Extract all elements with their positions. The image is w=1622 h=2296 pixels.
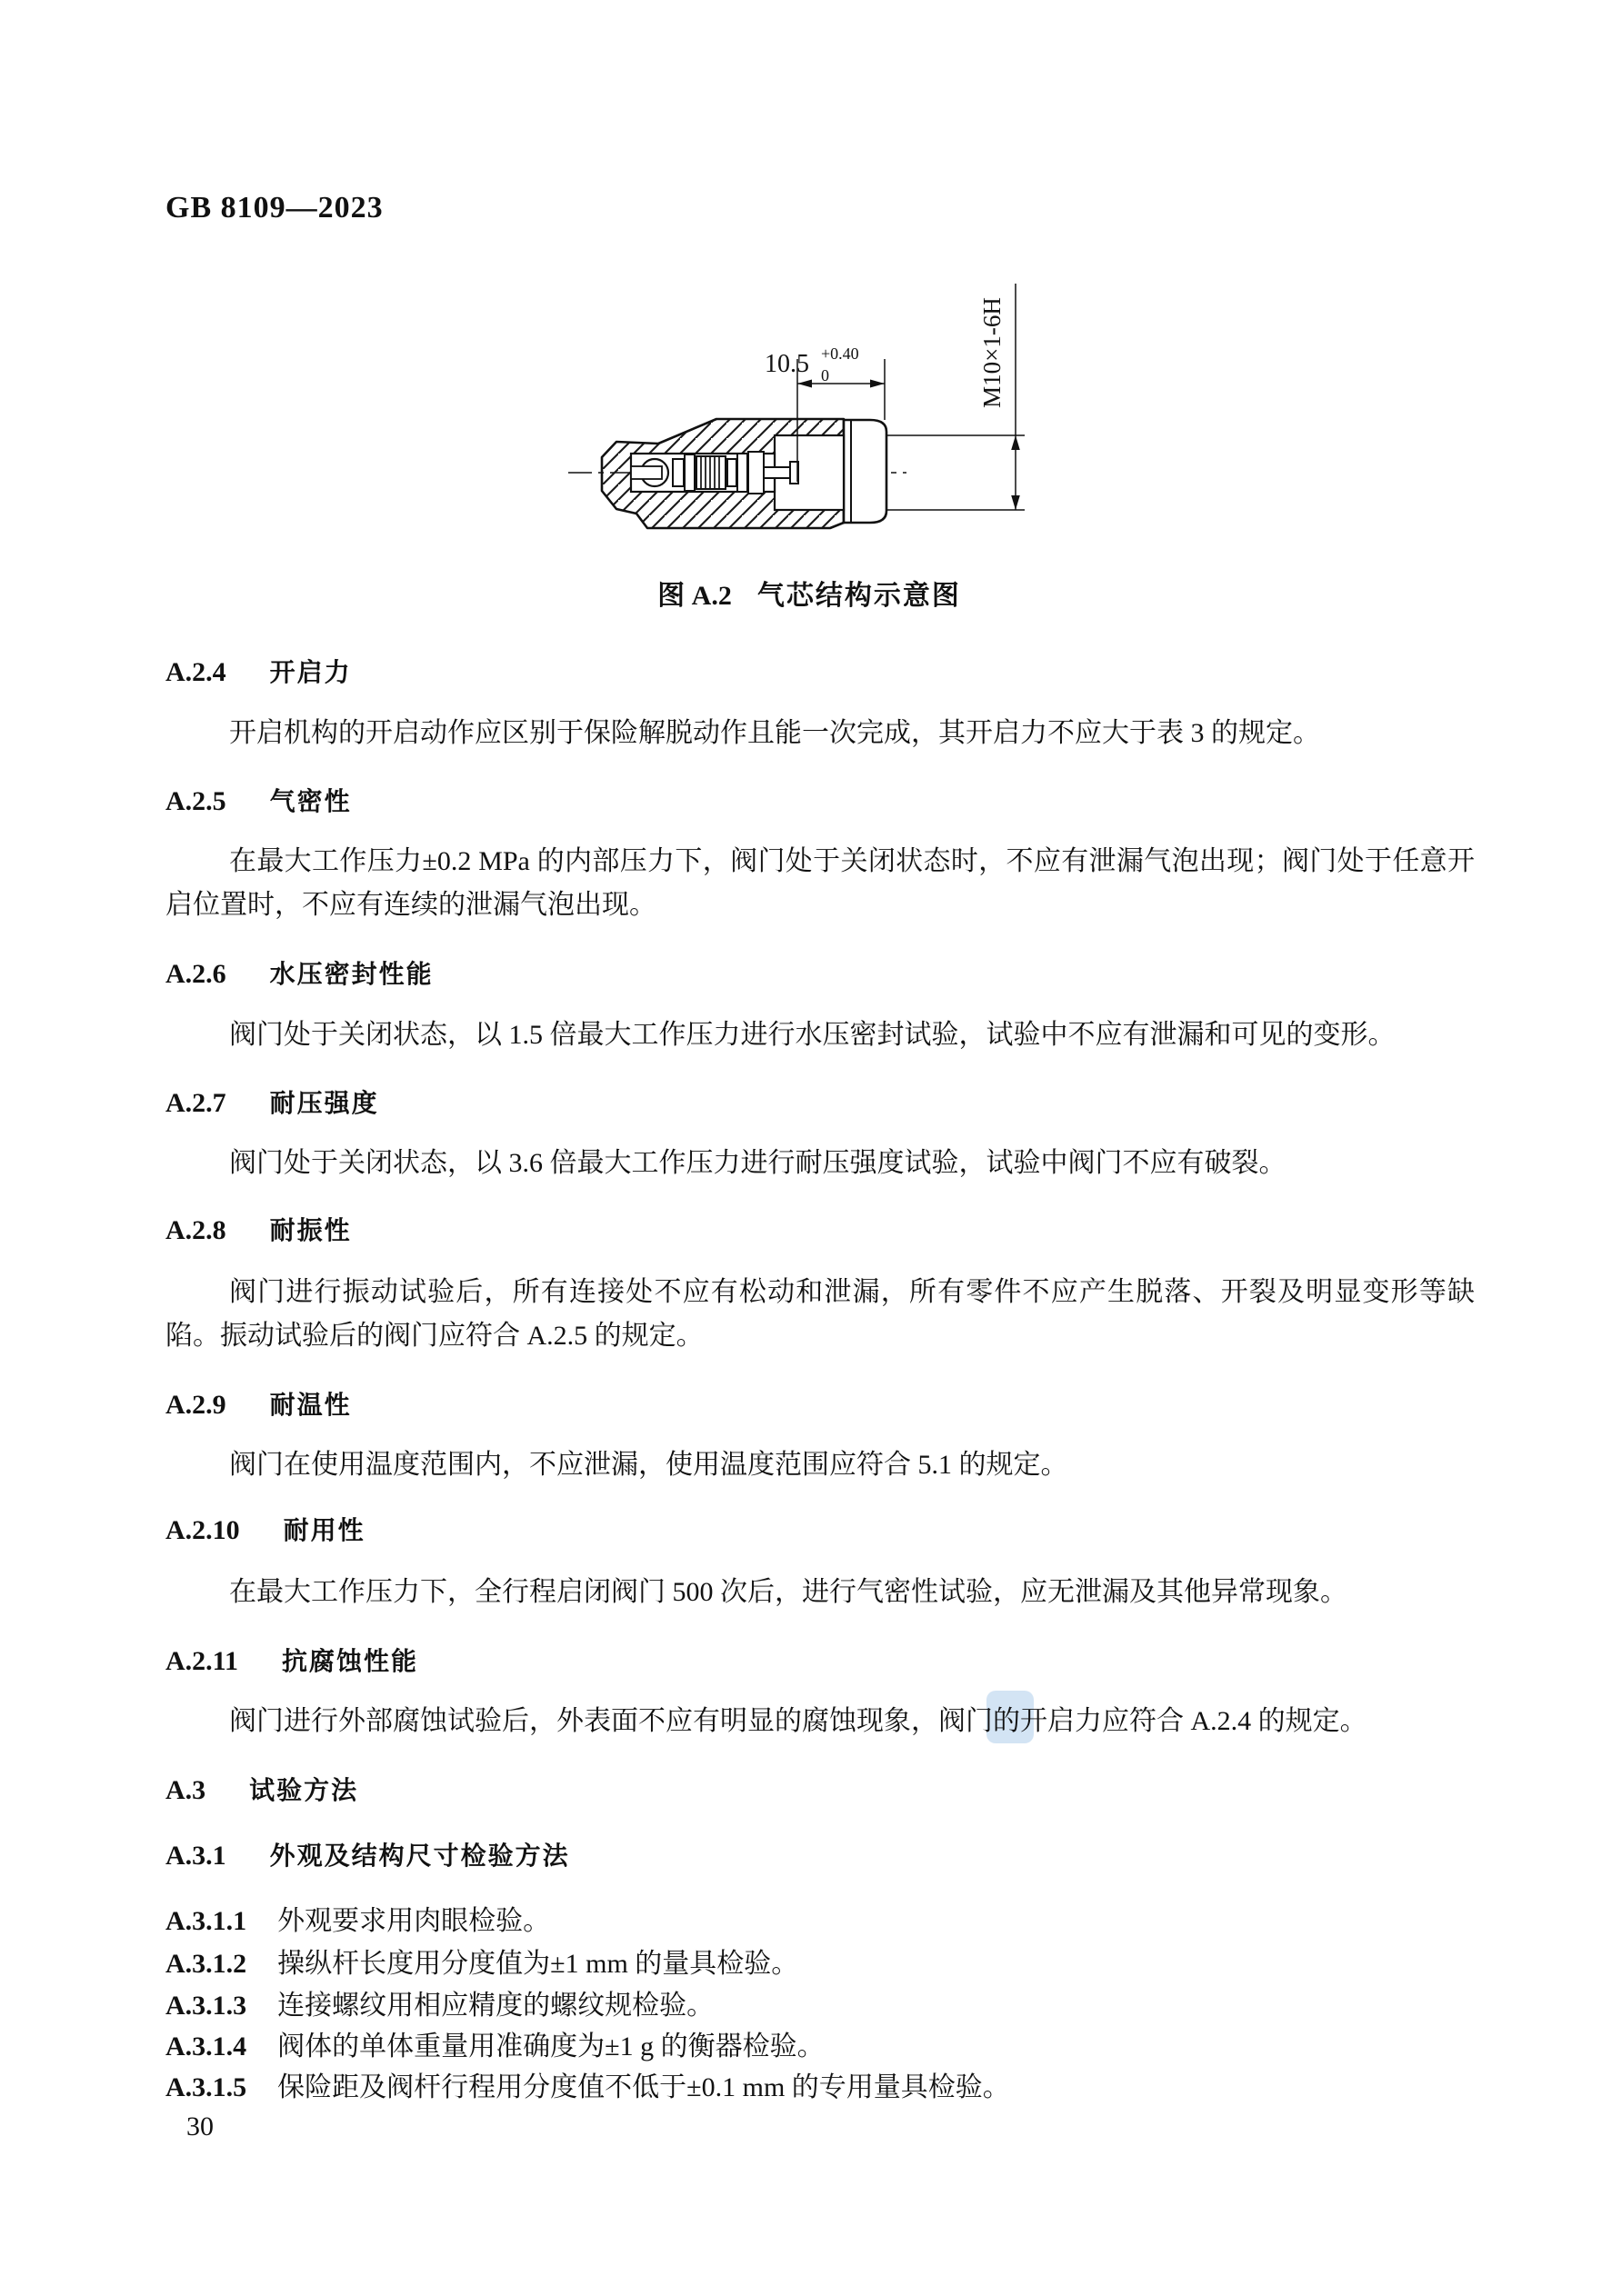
section-body-a2-6: 阀门处于关闭状态，以 1.5 倍最大工作压力进行水压密封试验，试验中不应有泄漏和…	[165, 1013, 1475, 1057]
valve-core-drawing: 10.5 +0.40 0 M10×1-6H	[541, 253, 1077, 539]
section-number: A.2.8	[165, 1215, 226, 1245]
section-title: 耐压强度	[270, 1089, 379, 1117]
section-heading-a2-11: A.2.11抗腐蚀性能	[165, 1642, 1475, 1678]
clause-number: A.3.1.4	[165, 2031, 246, 2061]
valve-stem	[764, 467, 791, 478]
section-heading-a2-10: A.2.10耐用性	[165, 1511, 1475, 1547]
clause-a3-1-3: A.3.1.3连接螺纹用相应精度的螺纹规检验。	[165, 1982, 1475, 2022]
page-number: 30	[186, 2111, 214, 2142]
section-title: 耐温性	[270, 1391, 352, 1419]
clause-number: A.3.1.5	[165, 2072, 246, 2102]
section-number: A.2.7	[165, 1088, 226, 1118]
section-title: 开启力	[270, 658, 352, 686]
section-heading-a2-9: A.2.9耐温性	[165, 1385, 1475, 1422]
spool-disc	[685, 454, 695, 491]
clause-text: 保险距及阀杆行程用分度值不低于±0.1 mm 的专用量具检验。	[277, 2072, 1010, 2102]
document-page: GB 8109—2023	[0, 0, 1622, 2296]
section-body-a2-11: 阀门进行外部腐蚀试验后，外表面不应有明显的腐蚀现象，阀门的开启力应符合 A.2.…	[165, 1700, 1475, 1743]
section-heading-a2-8: A.2.8耐振性	[165, 1211, 1475, 1247]
section-number: A.2.6	[165, 959, 226, 989]
section-heading-a3-1: A.3.1外观及结构尺寸检验方法	[165, 1836, 1475, 1872]
section-body-a2-10: 在最大工作压力下，全行程启闭阀门 500 次后，进行气密性试验，应无泄漏及其他异…	[165, 1571, 1475, 1614]
section-title: 耐用性	[284, 1516, 365, 1544]
section-heading-a2-4: A.2.4开启力	[165, 653, 1475, 689]
clause-number: A.3.1.1	[165, 1906, 246, 1936]
dimension-value: 10.5	[765, 350, 809, 378]
section-body-a2-4: 开启机构的开启动作应区别于保险解脱动作且能一次完成，其开启力不应大于表 3 的规…	[165, 712, 1475, 755]
section-heading-a2-5: A.2.5气密性	[165, 782, 1475, 818]
spool-disc	[737, 454, 747, 492]
section-heading-a2-6: A.2.6水压密封性能	[165, 954, 1475, 991]
clause-number: A.3.1.3	[165, 1991, 246, 2021]
section-body-a2-8: 阀门进行振动试验后，所有连接处不应有松动和泄漏，所有零件不应产生脱落、开裂及明显…	[165, 1271, 1475, 1358]
section-body-a2-9: 阀门在使用温度范围内，不应泄漏，使用温度范围应符合 5.1 的规定。	[165, 1443, 1475, 1487]
clause-text: 连接螺纹用相应精度的螺纹规检验。	[277, 1991, 714, 2021]
figure-caption-title: 气芯结构示意图	[757, 581, 961, 611]
clause-text: 阀体的单体重量用准确度为±1 g 的衡器检验。	[277, 2031, 824, 2061]
section-number: A.2.11	[165, 1646, 238, 1676]
section-number: A.2.4	[165, 657, 226, 687]
dimension-tolerance-lower: 0	[821, 366, 829, 384]
clause-a3-1-2: A.3.1.2操纵杆长度用分度值为±1 mm 的量具检验。	[165, 1941, 1475, 1981]
spool-disc	[727, 459, 736, 486]
figure-caption: 图 A.2气芯结构示意图	[541, 573, 1077, 613]
ball-slot	[631, 466, 662, 479]
section-title: 耐振性	[270, 1216, 352, 1244]
section-number: A.2.10	[165, 1515, 240, 1545]
clause-a3-1-4: A.3.1.4阀体的单体重量用准确度为±1 g 的衡器检验。	[165, 2023, 1475, 2063]
section-title: 试验方法	[249, 1776, 358, 1804]
section-title: 外观及结构尺寸检验方法	[270, 1842, 570, 1870]
section-body-a2-7: 阀门处于关闭状态，以 3.6 倍最大工作压力进行耐压强度试验，试验中阀门不应有破…	[165, 1142, 1475, 1185]
thread-label: M10×1-6H	[978, 297, 1006, 408]
section-heading-a2-7: A.2.7耐压强度	[165, 1083, 1475, 1120]
clause-a3-1-5: A.3.1.5保险距及阀杆行程用分度值不低于±0.1 mm 的专用量具检验。	[165, 2064, 1475, 2104]
section-number: A.3.1	[165, 1841, 226, 1871]
clause-text: 操纵杆长度用分度值为±1 mm 的量具检验。	[277, 1949, 798, 1979]
standard-code: GB 8109—2023	[165, 191, 384, 225]
section-title: 水压密封性能	[270, 960, 434, 988]
clause-a3-1-1: A.3.1.1外观要求用肉眼检验。	[165, 1898, 1475, 1938]
section-title: 抗腐蚀性能	[282, 1647, 418, 1675]
section-heading-a3: A.3试验方法	[165, 1771, 1475, 1807]
figure-caption-number: 图 A.2	[657, 581, 732, 611]
section-body-a2-5: 在最大工作压力±0.2 MPa 的内部压力下，阀门处于关闭状态时，不应有泄漏气泡…	[165, 840, 1475, 927]
section-number: A.2.5	[165, 786, 226, 816]
section-title: 气密性	[270, 787, 352, 815]
section-number: A.3	[165, 1775, 205, 1805]
dimension-tolerance-upper: +0.40	[821, 344, 859, 363]
figure-a2: 10.5 +0.40 0 M10×1-6H	[541, 253, 1077, 539]
section-number: A.2.9	[165, 1390, 226, 1420]
clause-number: A.3.1.2	[165, 1949, 246, 1979]
clause-text: 外观要求用肉眼检验。	[277, 1906, 550, 1936]
spool-disc	[673, 459, 684, 486]
spool-disc	[748, 452, 764, 494]
